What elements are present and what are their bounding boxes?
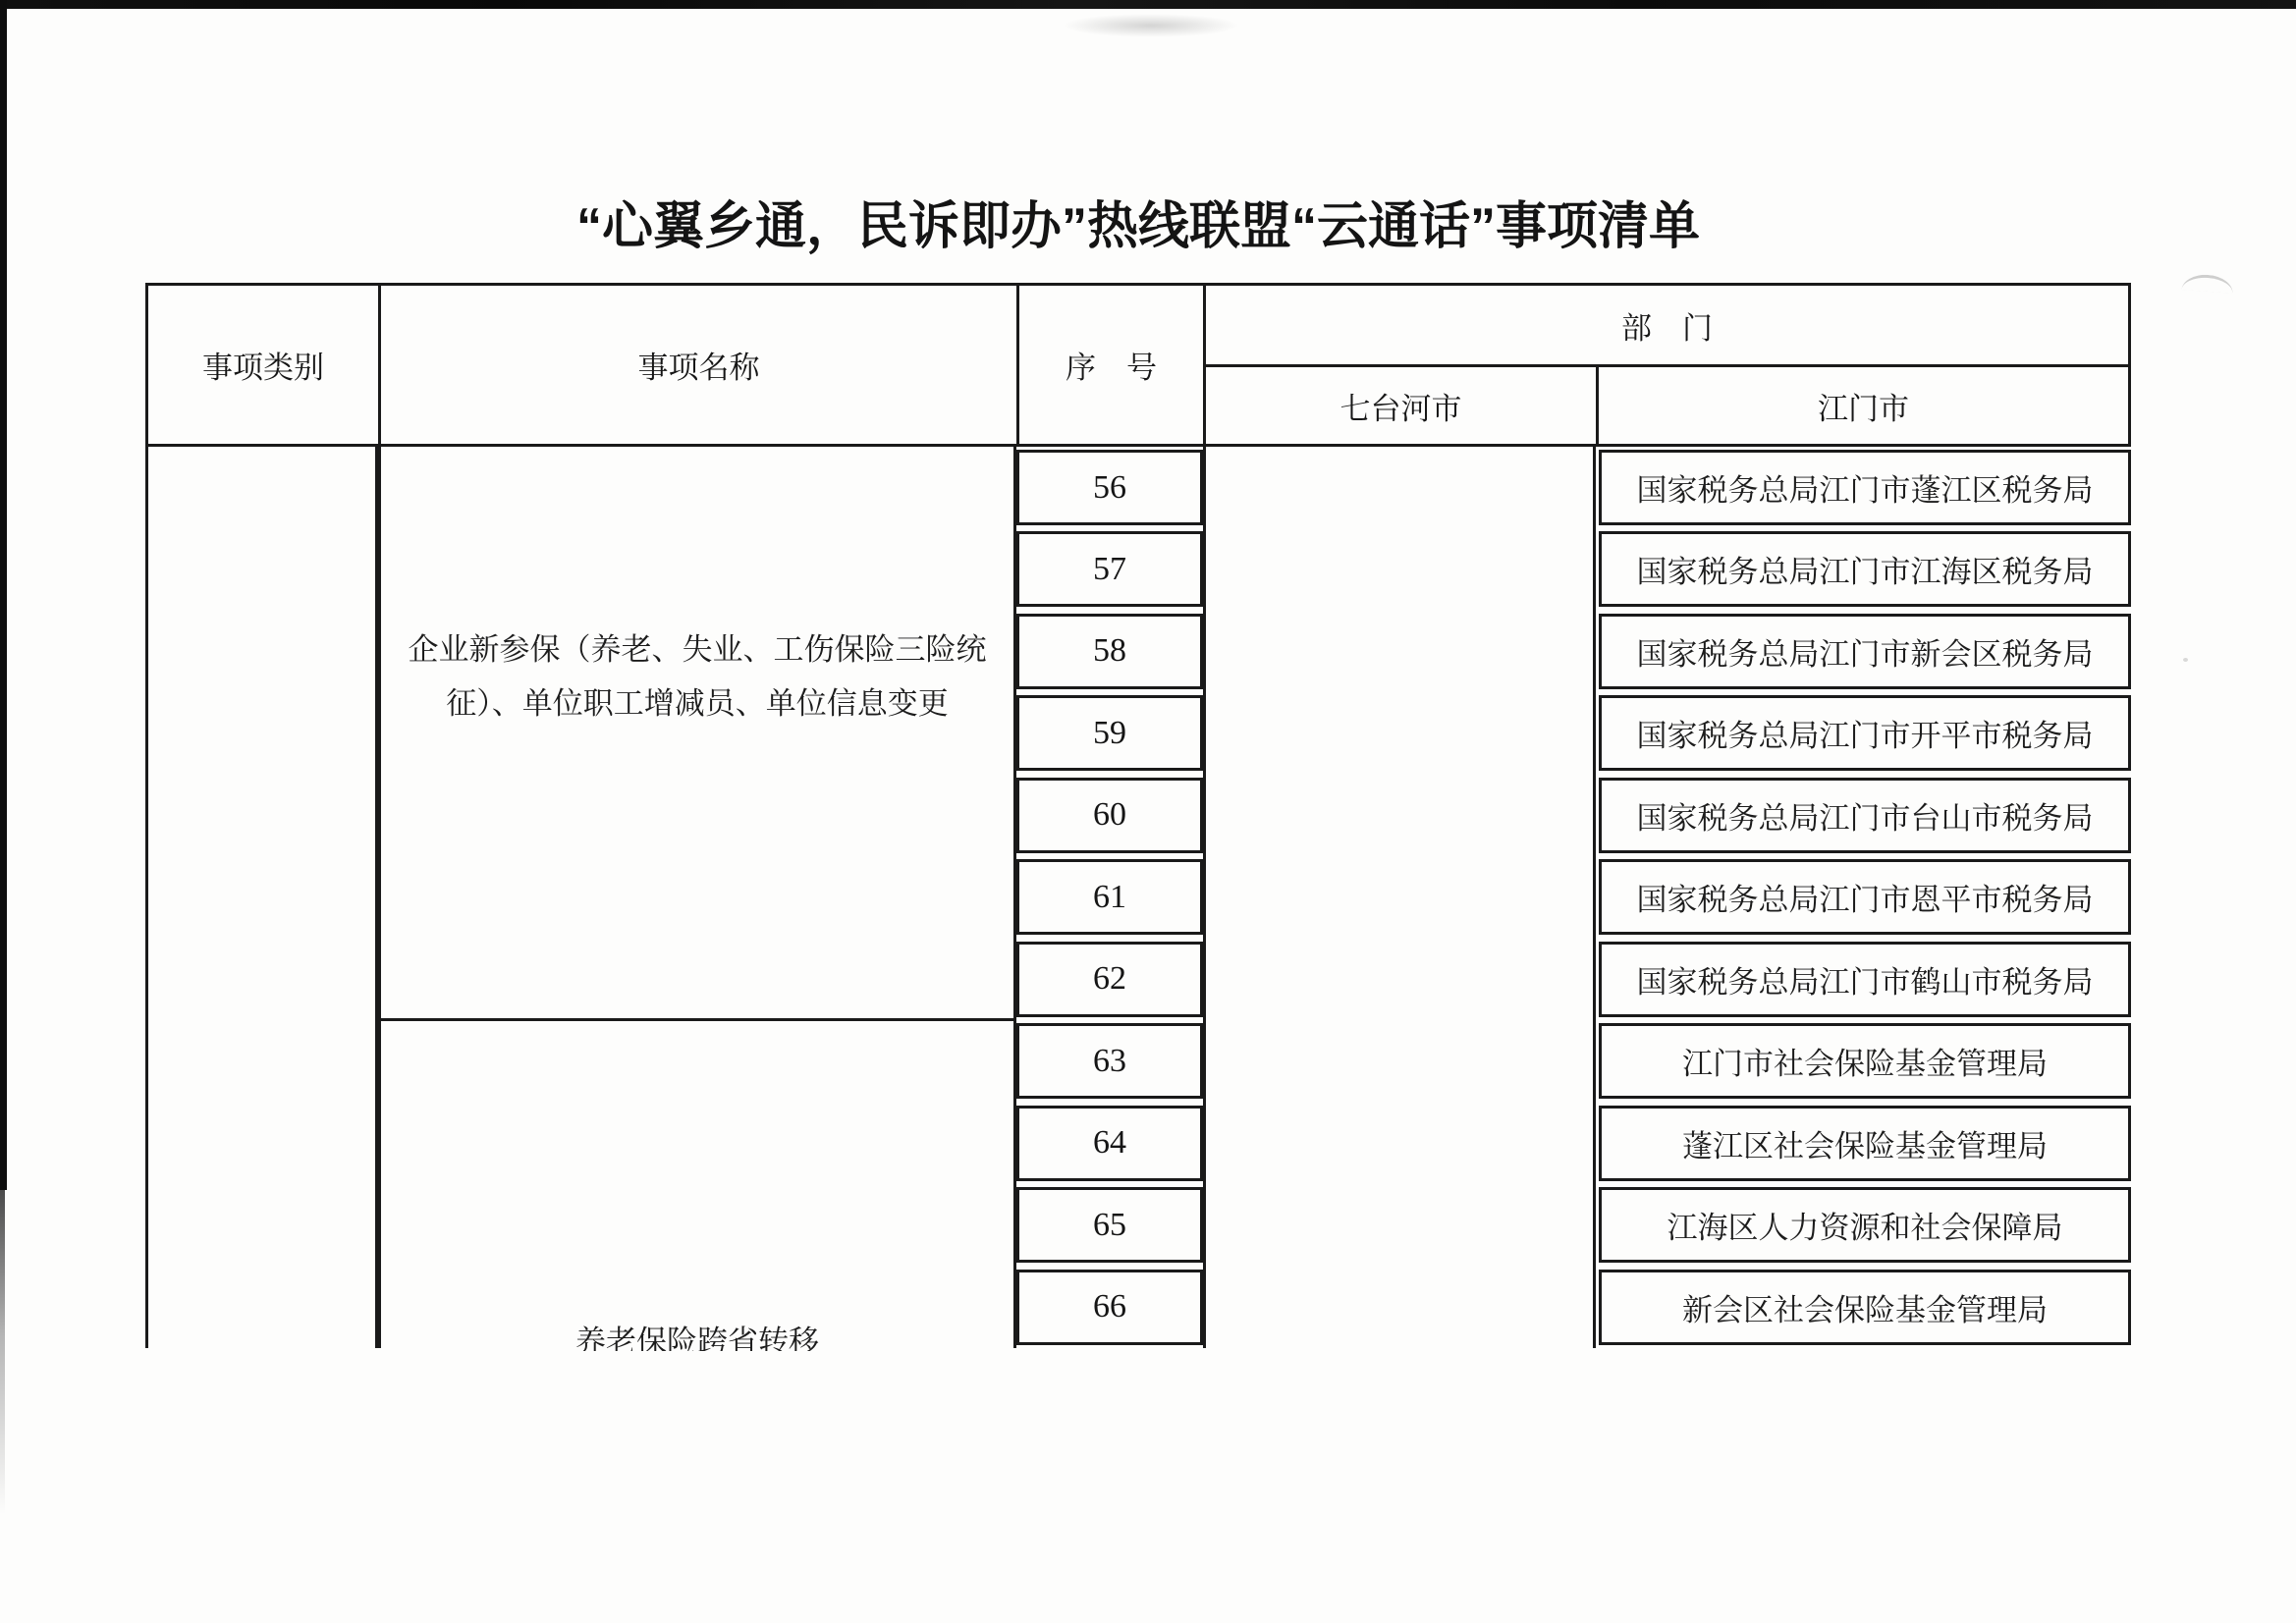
department-cell: 江门市社会保险基金管理局 xyxy=(1599,1023,2131,1099)
serial-cell: 63 xyxy=(1016,1023,1203,1099)
header-city-qitaihe: 七台河市 xyxy=(1206,367,1599,444)
header-serial-number: 序 号 xyxy=(1019,286,1206,444)
serial-cell: 62 xyxy=(1016,942,1203,1017)
department-cell: 国家税务总局江门市开平市税务局 xyxy=(1599,695,2131,771)
scan-speck xyxy=(2183,658,2188,662)
item-name-group-cell: 企业新参保（养老、失业、工伤保险三险统征）、单位职工增减员、单位信息变更 xyxy=(378,447,1016,1021)
scan-artifact-top-edge xyxy=(0,0,2296,9)
serial-cell: 59 xyxy=(1016,695,1203,771)
item-name-group-cell-cutoff: 养老保险跨省转移 xyxy=(378,1021,1016,1348)
department-cell: 新会区社会保险基金管理局 xyxy=(1599,1270,2131,1345)
document-title: “心翼乡通，民诉即办”热线联盟“云通话”事项清单 xyxy=(145,194,2131,259)
department-cell: 国家税务总局江门市恩平市税务局 xyxy=(1599,859,2131,935)
table-header: 事项类别 事项名称 序 号 部 门 七台河市 江门市 xyxy=(145,283,2131,447)
serial-cell: 56 xyxy=(1016,450,1203,525)
department-cell: 国家税务总局江门市江海区税务局 xyxy=(1599,531,2131,607)
department-cell: 国家税务总局江门市台山市税务局 xyxy=(1599,778,2131,853)
department-cell: 国家税务总局江门市新会区税务局 xyxy=(1599,614,2131,689)
item-category-empty-cell xyxy=(145,447,378,1348)
header-item-name: 事项名称 xyxy=(381,286,1019,444)
serial-cell: 57 xyxy=(1016,531,1203,607)
header-city-jiangmen: 江门市 xyxy=(1599,367,2128,444)
item-name-text: 企业新参保（养老、失业、工伤保险三险统征）、单位职工增减员、单位信息变更 xyxy=(381,622,1013,730)
qitaihe-column-empty-cell xyxy=(1203,447,1596,1348)
item-name-text-cutoff: 养老保险跨省转移 xyxy=(381,1322,1013,1351)
header-department: 部 门 xyxy=(1206,286,2128,367)
serial-cell: 66 xyxy=(1016,1270,1203,1345)
scan-smudge xyxy=(2181,273,2233,294)
header-item-category: 事项类别 xyxy=(148,286,381,444)
serial-cell: 58 xyxy=(1016,614,1203,689)
scan-artifact-left-edge-fade xyxy=(0,1190,5,1514)
scan-artifact-left-edge xyxy=(0,0,7,1190)
scan-smudge xyxy=(1063,14,1239,37)
department-cell: 蓬江区社会保险基金管理局 xyxy=(1599,1106,2131,1181)
serial-cell: 64 xyxy=(1016,1106,1203,1181)
department-cell: 江海区人力资源和社会保障局 xyxy=(1599,1187,2131,1263)
serial-cell: 60 xyxy=(1016,778,1203,853)
serial-cell: 65 xyxy=(1016,1187,1203,1263)
department-cell: 国家税务总局江门市鹤山市税务局 xyxy=(1599,942,2131,1017)
department-cell: 国家税务总局江门市蓬江区税务局 xyxy=(1599,450,2131,525)
serial-cell: 61 xyxy=(1016,859,1203,935)
scanned-document-page: “心翼乡通，民诉即办”热线联盟“云通话”事项清单 事项类别 事项名称 序 号 部… xyxy=(0,0,2296,1623)
